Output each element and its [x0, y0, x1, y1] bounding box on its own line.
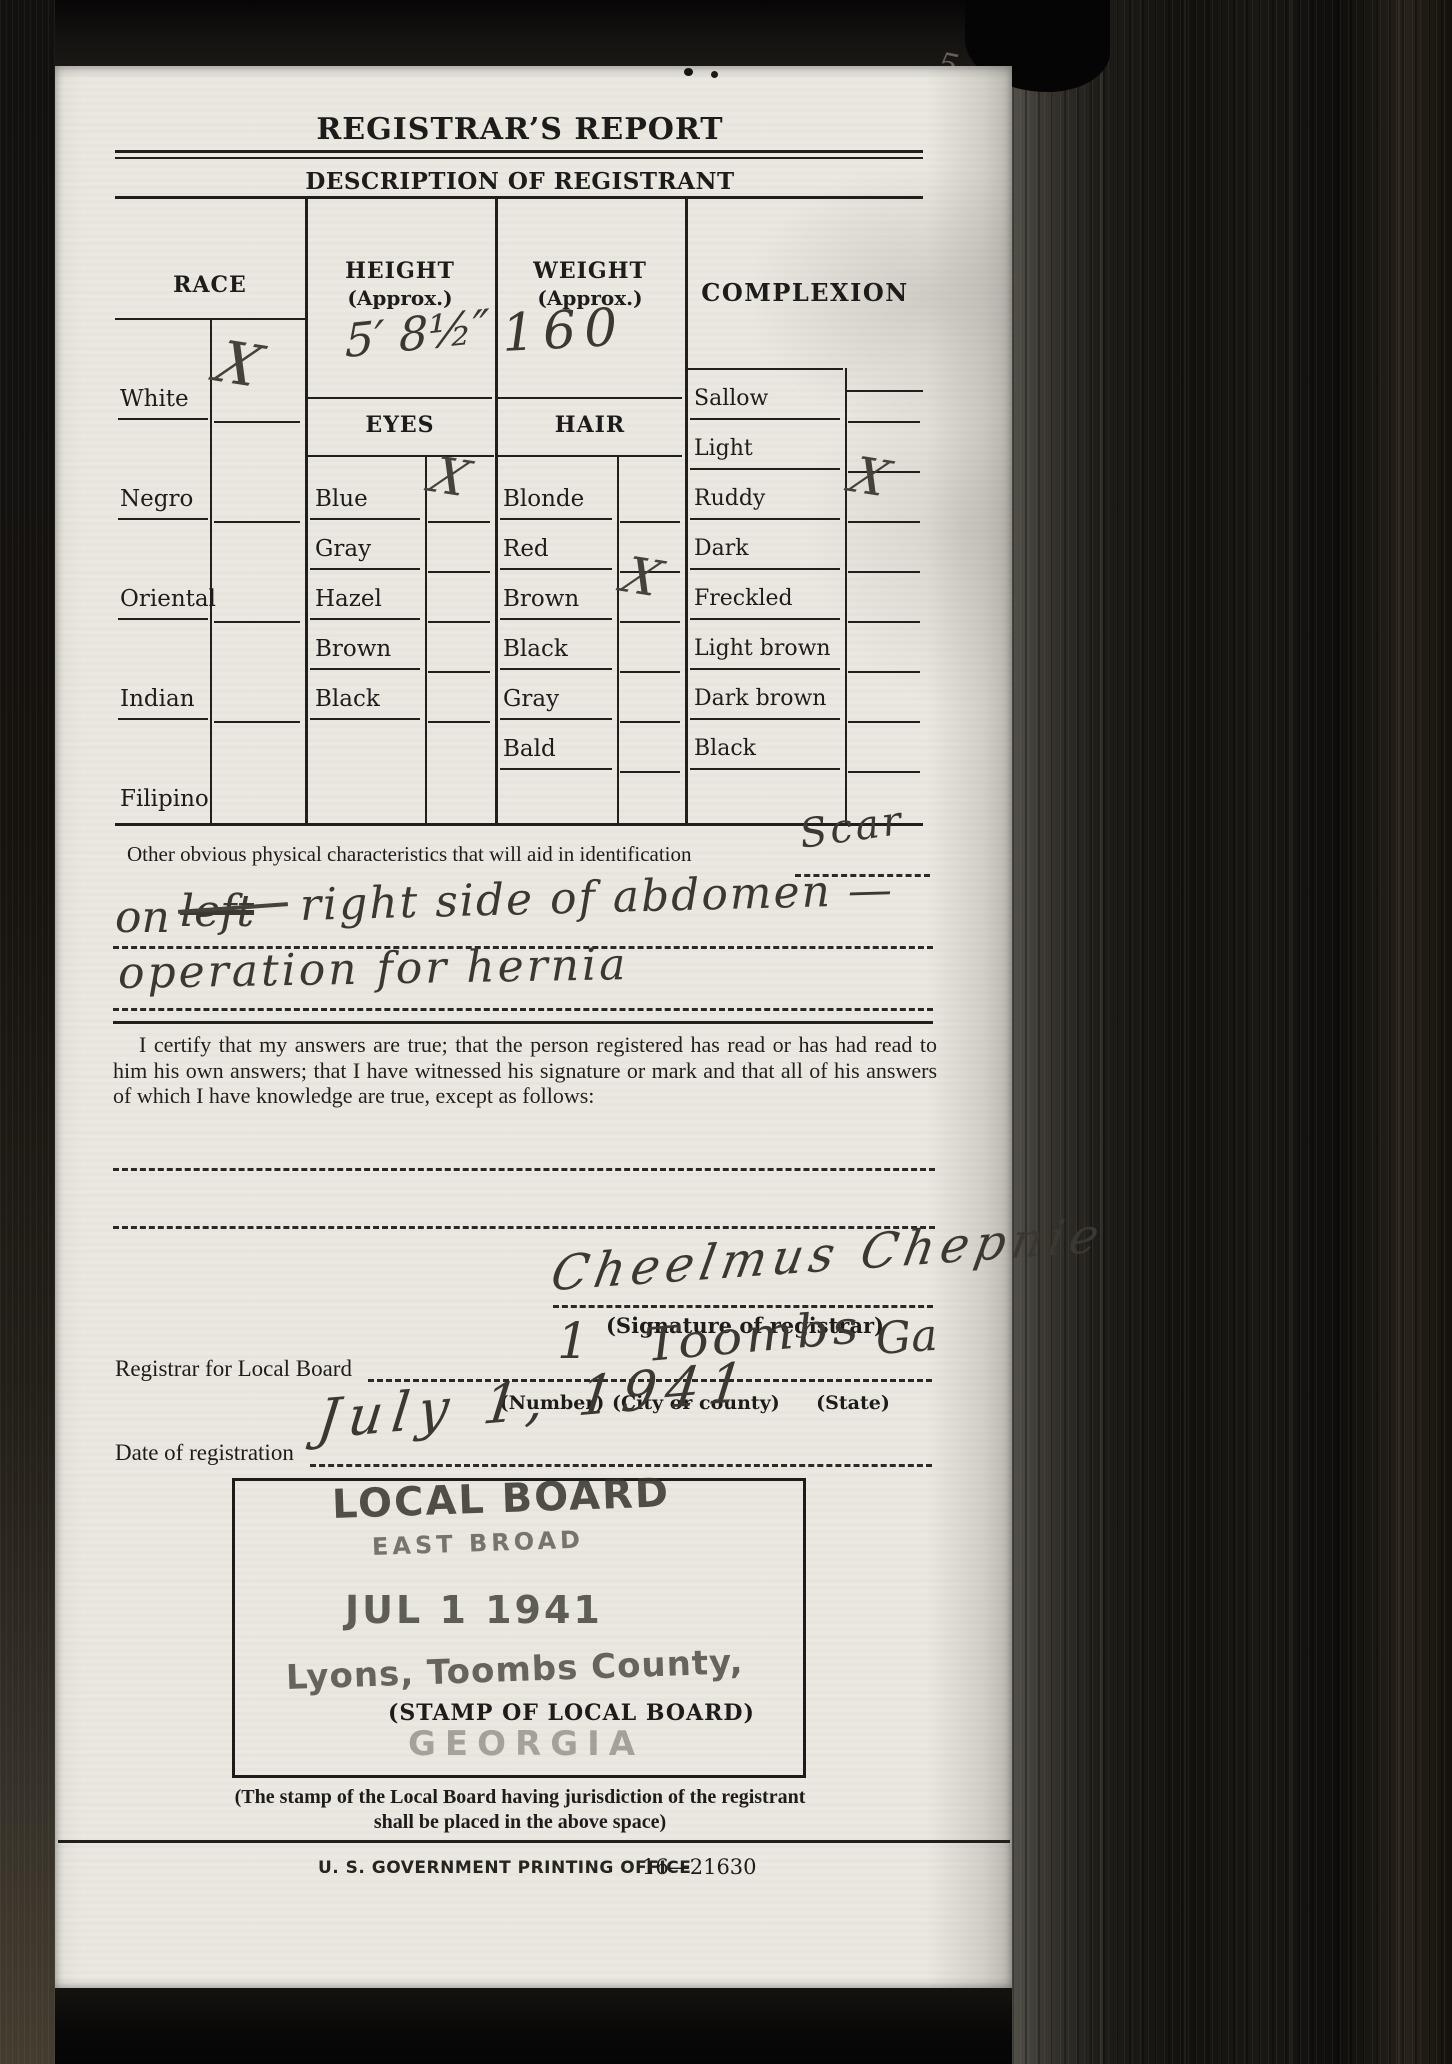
hair-check-divider: [617, 455, 619, 823]
complexion-check-rule: [848, 771, 920, 773]
state-caption: (State): [798, 1392, 908, 1414]
eyes-check-rule: [428, 521, 490, 523]
complexion-check-rule: [848, 421, 920, 423]
height-header: HEIGHT: [305, 258, 495, 284]
eyes-option-label: Hazel: [315, 586, 382, 612]
race-header: RACE: [115, 272, 305, 298]
eyes-row-rule: [310, 668, 420, 670]
identification-dashed-line: [113, 1008, 933, 1011]
complexion-row-rule: [690, 768, 840, 770]
complexion-row-rule: [690, 468, 840, 470]
hair-row-rule: [500, 568, 612, 570]
stamp-note-line2: shall be placed in the above space): [220, 1811, 820, 1834]
race-option-label: Filipino: [120, 786, 209, 812]
registrar-line-label: Registrar for Local Board: [115, 1356, 352, 1382]
double-rule-bottom: [115, 157, 923, 159]
complexion-row-rule: [690, 618, 840, 620]
complexion-row-rule: [690, 418, 840, 420]
race-option-label: White: [120, 386, 189, 412]
section-title: DESCRIPTION OF REGISTRANT: [115, 168, 925, 195]
eyes-option-label: Black: [315, 686, 380, 712]
hair-check-rule: [620, 721, 680, 723]
eyes-option-label: Brown: [315, 636, 391, 662]
stamp-box-caption: (STAMP OF LOCAL BOARD): [388, 1700, 755, 1726]
complexion-option-label: Dark brown: [694, 686, 826, 711]
footer-printer: U. S. GOVERNMENT PRINTING OFFICE: [318, 1858, 691, 1878]
hair-check-rule: [620, 771, 680, 773]
eyes-check-divider: [425, 455, 427, 823]
eyes-option-label: Blue: [315, 486, 368, 512]
ink-dot: [684, 68, 693, 76]
wood-background-right: [1012, 0, 1452, 2064]
complexion-check-rule: [848, 721, 920, 723]
hair-check-rule: [620, 621, 680, 623]
height-value-rule: [308, 397, 492, 399]
race-option-label: Oriental: [120, 586, 216, 612]
complexion-check-rule: [848, 671, 920, 673]
complexion-check-rule: [848, 521, 920, 523]
race-row-rule: [118, 618, 208, 620]
wood-grain-streak: [1100, 0, 1103, 2064]
race-header-rule: [115, 318, 305, 320]
complexion-option-label: Dark: [694, 536, 749, 561]
complexion-check-divider: [845, 368, 847, 823]
weight-header: WEIGHT: [495, 258, 685, 284]
complexion-row-rule: [690, 718, 840, 720]
eyes-check-rule: [428, 571, 490, 573]
eyes-check-rule: [428, 621, 490, 623]
identification-label: Other obvious physical characteristics t…: [127, 842, 692, 867]
wood-grain-streak: [1184, 0, 1186, 2064]
stamp-note-line1: (The stamp of the Local Board having jur…: [220, 1786, 820, 1809]
scanned-photo: 5 REGISTRAR’S REPORT DESCRIPTION OF REGI…: [0, 0, 1452, 2064]
hair-row-rule: [500, 668, 612, 670]
eyes-check-rule: [428, 721, 490, 723]
race-option-label: Indian: [120, 686, 195, 712]
hair-row-rule: [500, 518, 612, 520]
complexion-check-top-rule: [847, 390, 923, 392]
hair-check-rule: [620, 671, 680, 673]
date-dashed-line: [310, 1464, 932, 1467]
stamp-date: JUL 1 1941: [345, 1588, 603, 1632]
hair-option-label: Red: [503, 536, 549, 562]
complexion-row-rule: [690, 668, 840, 670]
hair-option-label: Bald: [503, 736, 556, 762]
complexion-option-label: Freckled: [694, 586, 793, 611]
hair-row-rule: [500, 718, 612, 720]
footer-rule: [58, 1840, 1010, 1843]
complexion-check-rule: [848, 621, 920, 623]
weight-value-handwritten: 160: [500, 298, 626, 364]
eyes-row-rule: [310, 568, 420, 570]
identification-handwriting: on: [115, 892, 170, 943]
section-rule: [113, 1021, 933, 1024]
exception-dashed-line: [113, 1168, 935, 1171]
stamp-state: GEORGIA: [408, 1724, 644, 1764]
complexion-header: COMPLEXION: [685, 278, 925, 307]
footer-form-code: 16—21630: [642, 1855, 757, 1879]
hair-check-rule: [620, 521, 680, 523]
eyes-row-rule: [310, 518, 420, 520]
eyes-check-rule: [428, 671, 490, 673]
identification-handwriting: operation for hernia: [118, 939, 629, 999]
hair-header-rule: [498, 455, 682, 457]
board-number-handwriting: 1: [557, 1312, 589, 1370]
hair-header: HAIR: [495, 412, 685, 438]
complexion-top-rule: [688, 368, 843, 370]
ink-dot: [711, 71, 718, 78]
race-check-rule: [214, 621, 300, 623]
date-line-label: Date of registration: [115, 1440, 294, 1466]
wood-background-bottom: [0, 1988, 1012, 2064]
state-handwriting: Ga: [874, 1310, 939, 1365]
race-option-label: Negro: [120, 486, 193, 512]
wood-grain-streak: [1289, 0, 1292, 2064]
complexion-option-label: Light: [694, 436, 753, 461]
hair-option-label: Gray: [503, 686, 559, 712]
table-top-rule: [115, 196, 923, 199]
wood-grain-streak: [1398, 0, 1400, 2064]
complexion-option-label: Black: [694, 736, 756, 761]
race-row-rule: [118, 518, 208, 520]
hair-option-label: Blonde: [503, 486, 584, 512]
complexion-row-rule: [690, 568, 840, 570]
race-check-rule: [214, 421, 300, 423]
eyes-header: EYES: [305, 412, 495, 438]
complexion-row-rule: [690, 518, 840, 520]
race-check-rule: [214, 521, 300, 523]
signature-dashed-line: [553, 1305, 933, 1308]
eyes-row-rule: [310, 618, 420, 620]
hair-row-rule: [500, 618, 612, 620]
complexion-option-label: Sallow: [694, 386, 768, 411]
weight-value-rule: [498, 397, 682, 399]
eyes-option-label: Gray: [315, 536, 371, 562]
race-check-rule: [214, 721, 300, 723]
race-row-rule: [118, 718, 208, 720]
wood-background-left: [0, 0, 55, 2064]
certification-paragraph: I certify that my answers are true; that…: [113, 1032, 937, 1109]
complexion-check-rule: [848, 571, 920, 573]
hair-option-label: Brown: [503, 586, 579, 612]
hair-option-label: Black: [503, 636, 568, 662]
eyes-row-rule: [310, 718, 420, 720]
complexion-option-label: Light brown: [694, 636, 831, 661]
wood-background-top: [0, 0, 1012, 66]
page-title: REGISTRAR’S REPORT: [115, 112, 925, 147]
race-row-rule: [118, 418, 208, 420]
complexion-option-label: Ruddy: [694, 486, 765, 511]
double-rule-top: [115, 150, 923, 153]
hair-row-rule: [500, 768, 612, 770]
